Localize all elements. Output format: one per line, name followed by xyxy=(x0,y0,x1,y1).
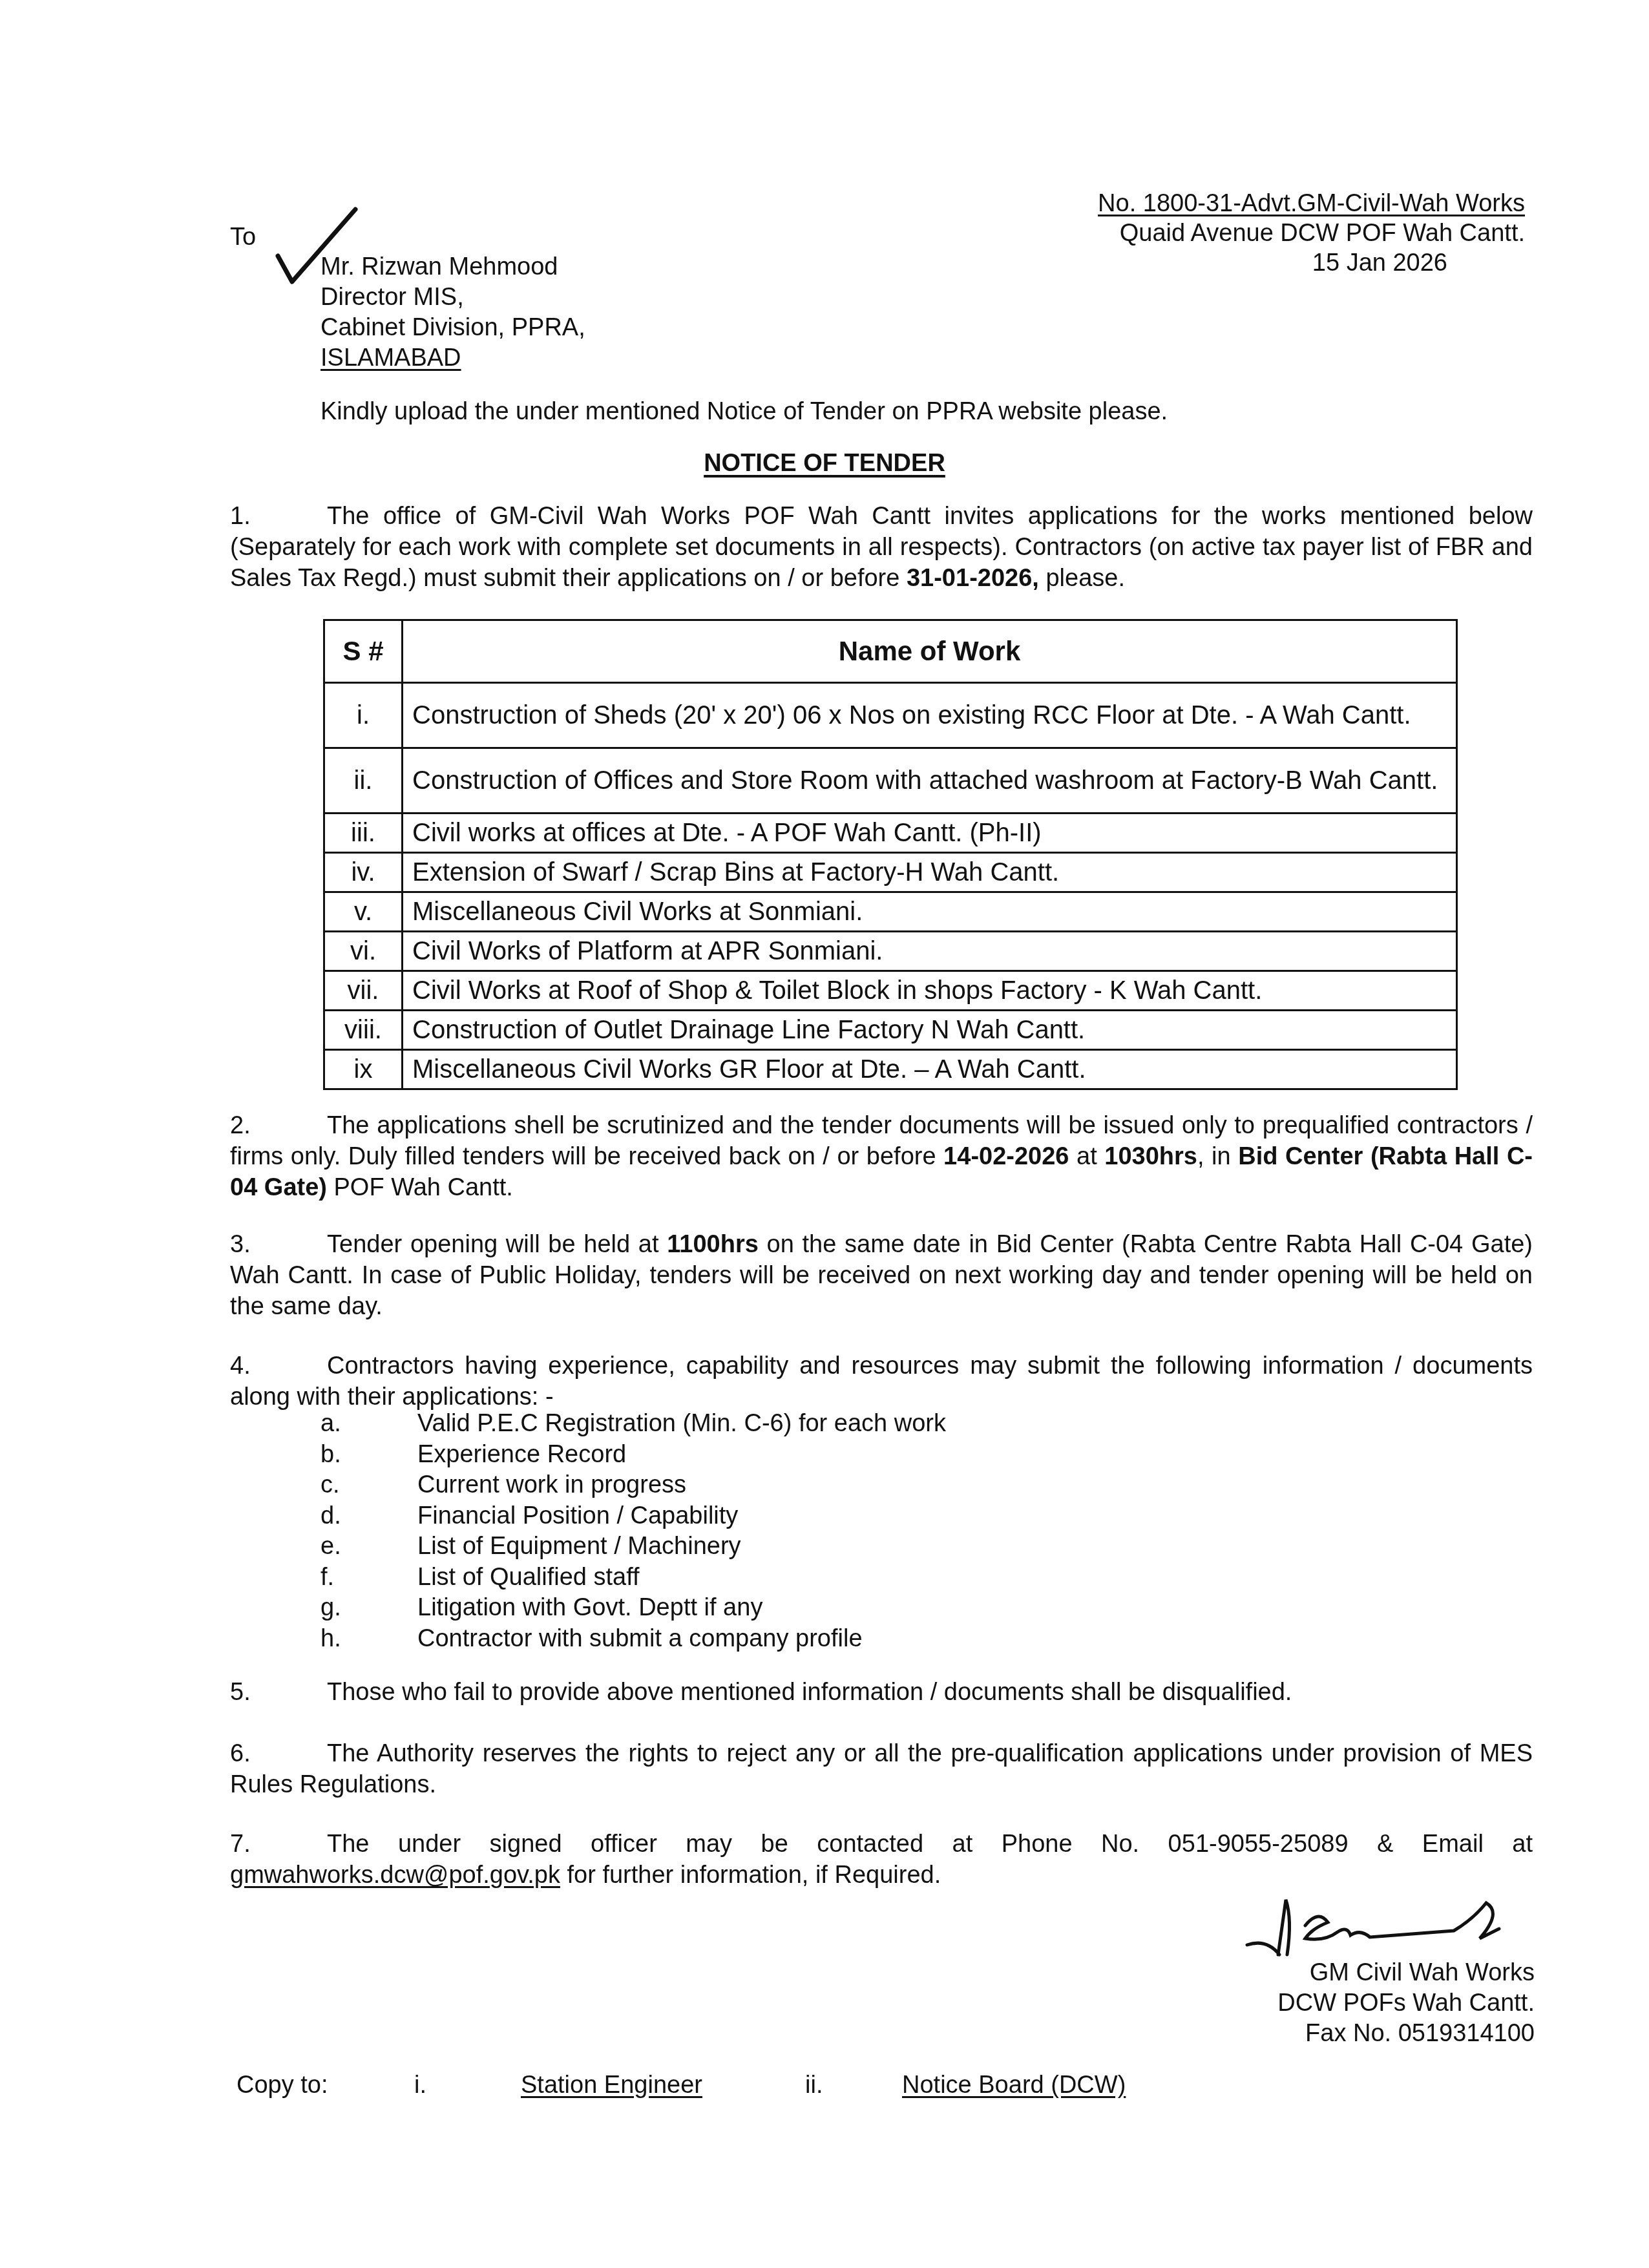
paragraph-6: 6.The Authority reserves the rights to r… xyxy=(230,1738,1533,1800)
signatory-office: DCW POFs Wah Cantt. xyxy=(1163,1988,1535,2019)
list-item-letter: e. xyxy=(320,1531,417,1562)
list-item-letter: f. xyxy=(320,1562,417,1593)
serial-number-cell: vi. xyxy=(324,932,403,971)
serial-number-cell: ix xyxy=(324,1050,403,1089)
copy-to-label: Copy to: xyxy=(236,2071,328,2101)
work-name-cell: Construction of Offices and Store Room w… xyxy=(403,748,1457,814)
list-item-text: List of Qualified staff xyxy=(417,1564,640,1591)
paragraph-number: 7. xyxy=(230,1829,327,1860)
copy-item-station-engineer: Station Engineer xyxy=(521,2071,702,2101)
paragraph-number: 1. xyxy=(230,501,327,532)
copy-item-notice-board: Notice Board (DCW) xyxy=(902,2071,1126,2101)
list-item: b.Experience Record xyxy=(320,1440,946,1471)
table-row: v.Miscellaneous Civil Works at Sonmiani. xyxy=(324,892,1457,932)
paragraph-text-tail: POF Wah Cantt. xyxy=(327,1174,513,1201)
signature-icon xyxy=(1241,1893,1512,1964)
addressee-block: Mr. Rizwan Mehmood Director MIS, Cabinet… xyxy=(320,252,585,373)
table-row: ixMiscellaneous Civil Works GR Floor at … xyxy=(324,1050,1457,1089)
to-label: To xyxy=(230,223,256,253)
list-item-letter: c. xyxy=(320,1470,417,1501)
list-item-text: Current work in progress xyxy=(417,1471,686,1498)
work-name-cell: Civil Works at Roof of Shop & Toilet Blo… xyxy=(403,971,1457,1011)
work-name-cell: Extension of Swarf / Scrap Bins at Facto… xyxy=(403,853,1457,892)
table-row: vii.Civil Works at Roof of Shop & Toilet… xyxy=(324,971,1457,1011)
paragraph-text-mid2: , in xyxy=(1197,1143,1238,1170)
paragraph-text-tail: for further information, if Required. xyxy=(560,1862,941,1889)
list-item-letter: b. xyxy=(320,1440,417,1471)
letter-date: 15 Jan 2026 xyxy=(1060,248,1525,278)
application-deadline: 31-01-2026, xyxy=(907,565,1039,592)
serial-number-cell: vii. xyxy=(324,971,403,1011)
signatory-designation: GM Civil Wah Works xyxy=(1163,1958,1535,1988)
notice-title-text: NOTICE OF TENDER xyxy=(704,450,945,477)
paragraph-2: 2.The applications shell be scrutinized … xyxy=(230,1110,1533,1203)
reference-block: No. 1800-31-Advt.GM-Civil-Wah Works Quai… xyxy=(1060,189,1525,278)
list-item-text: List of Equipment / Machinery xyxy=(417,1533,741,1560)
paragraph-text-tail: please. xyxy=(1039,565,1125,592)
list-item: h.Contractor with submit a company profi… xyxy=(320,1624,946,1655)
opening-time: 1100hrs xyxy=(667,1231,759,1258)
list-item: c.Current work in progress xyxy=(320,1470,946,1501)
paragraph-text-mid: at xyxy=(1069,1143,1105,1170)
column-header-name: Name of Work xyxy=(403,620,1457,683)
required-documents-list: a.Valid P.E.C Registration (Min. C-6) fo… xyxy=(320,1409,946,1654)
table-row: iv.Extension of Swarf / Scrap Bins at Fa… xyxy=(324,853,1457,892)
signatory-block: GM Civil Wah Works DCW POFs Wah Cantt. F… xyxy=(1163,1958,1535,2049)
list-item-text: Litigation with Govt. Deptt if any xyxy=(417,1594,762,1621)
works-table: S # Name of Work i.Construction of Sheds… xyxy=(323,619,1458,1090)
paragraph-text: The under signed officer may be contacte… xyxy=(327,1831,1533,1858)
reference-number: No. 1800-31-Advt.GM-Civil-Wah Works xyxy=(1060,189,1525,218)
serial-number-cell: v. xyxy=(324,892,403,932)
list-item-text: Contractor with submit a company profile xyxy=(417,1625,863,1652)
addressee-office: Cabinet Division, PPRA, xyxy=(320,313,585,343)
addressee-name: Mr. Rizwan Mehmood xyxy=(320,252,585,282)
reference-address: Quaid Avenue DCW POF Wah Cantt. xyxy=(1060,218,1525,248)
list-item: f.List of Qualified staff xyxy=(320,1562,946,1593)
list-item: e.List of Equipment / Machinery xyxy=(320,1531,946,1562)
serial-number-cell: ii. xyxy=(324,748,403,814)
list-item-text: Valid P.E.C Registration (Min. C-6) for … xyxy=(417,1410,946,1437)
list-item-text: Experience Record xyxy=(417,1441,626,1468)
paragraph-5: 5.Those who fail to provide above mentio… xyxy=(230,1677,1533,1708)
work-name-cell: Miscellaneous Civil Works at Sonmiani. xyxy=(403,892,1457,932)
column-header-sn: S # xyxy=(324,620,403,683)
request-line: Kindly upload the under mentioned Notice… xyxy=(320,397,1168,427)
paragraph-1: 1.The office of GM-Civil Wah Works POF W… xyxy=(230,501,1533,594)
table-row: iii.Civil works at offices at Dte. - A P… xyxy=(324,814,1457,853)
paragraph-4: 4.Contractors having experience, capabil… xyxy=(230,1350,1533,1412)
list-item-text: Financial Position / Capability xyxy=(417,1502,738,1529)
addressee-designation: Director MIS, xyxy=(320,282,585,313)
work-name-cell: Construction of Outlet Drainage Line Fac… xyxy=(403,1011,1457,1050)
table-row: i.Construction of Sheds (20' x 20') 06 x… xyxy=(324,683,1457,748)
list-item-letter: g. xyxy=(320,1593,417,1624)
paragraph-text: The Authority reserves the rights to rej… xyxy=(230,1740,1533,1798)
serial-number-cell: iv. xyxy=(324,853,403,892)
paragraph-text: The office of GM-Civil Wah Works POF Wah… xyxy=(230,503,1533,592)
list-item: a.Valid P.E.C Registration (Min. C-6) fo… xyxy=(320,1409,946,1440)
copy-item-number: i. xyxy=(414,2071,426,2101)
paragraph-text: Tender opening will be held at xyxy=(327,1231,667,1258)
work-name-cell: Construction of Sheds (20' x 20') 06 x N… xyxy=(403,683,1457,748)
list-item-letter: d. xyxy=(320,1501,417,1532)
paragraph-number: 6. xyxy=(230,1738,327,1769)
table-row: vi.Civil Works of Platform at APR Sonmia… xyxy=(324,932,1457,971)
paragraph-7: 7.The under signed officer may be contac… xyxy=(230,1829,1533,1891)
page-title: NOTICE OF TENDER xyxy=(0,449,1649,479)
serial-number-cell: i. xyxy=(324,683,403,748)
list-item-letter: h. xyxy=(320,1624,417,1655)
paragraph-text: Contractors having experience, capabilit… xyxy=(230,1352,1533,1411)
table-header-row: S # Name of Work xyxy=(324,620,1457,683)
fax-number: Fax No. 0519314100 xyxy=(1163,2019,1535,2049)
serial-number-cell: viii. xyxy=(324,1011,403,1050)
work-name-cell: Civil Works of Platform at APR Sonmiani. xyxy=(403,932,1457,971)
paragraph-3: 3.Tender opening will be held at 1100hrs… xyxy=(230,1229,1533,1322)
list-item: g.Litigation with Govt. Deptt if any xyxy=(320,1593,946,1624)
paragraph-text: Those who fail to provide above mentione… xyxy=(327,1679,1292,1706)
table-row: ii.Construction of Offices and Store Roo… xyxy=(324,748,1457,814)
submission-time: 1030hrs xyxy=(1104,1143,1197,1170)
work-name-cell: Civil works at offices at Dte. - A POF W… xyxy=(403,814,1457,853)
paragraph-number: 2. xyxy=(230,1110,327,1141)
list-item: d.Financial Position / Capability xyxy=(320,1501,946,1532)
addressee-city: ISLAMABAD xyxy=(320,343,585,373)
copy-item-number: ii. xyxy=(805,2071,823,2101)
paragraph-number: 3. xyxy=(230,1229,327,1260)
table-row: viii.Construction of Outlet Drainage Lin… xyxy=(324,1011,1457,1050)
work-name-cell: Miscellaneous Civil Works GR Floor at Dt… xyxy=(403,1050,1457,1089)
list-item-letter: a. xyxy=(320,1409,417,1440)
email-link[interactable]: gmwahworks.dcw@pof.gov.pk xyxy=(230,1862,560,1889)
serial-number-cell: iii. xyxy=(324,814,403,853)
paragraph-number: 4. xyxy=(230,1350,327,1381)
paragraph-number: 5. xyxy=(230,1677,327,1708)
submission-date: 14-02-2026 xyxy=(943,1143,1069,1170)
